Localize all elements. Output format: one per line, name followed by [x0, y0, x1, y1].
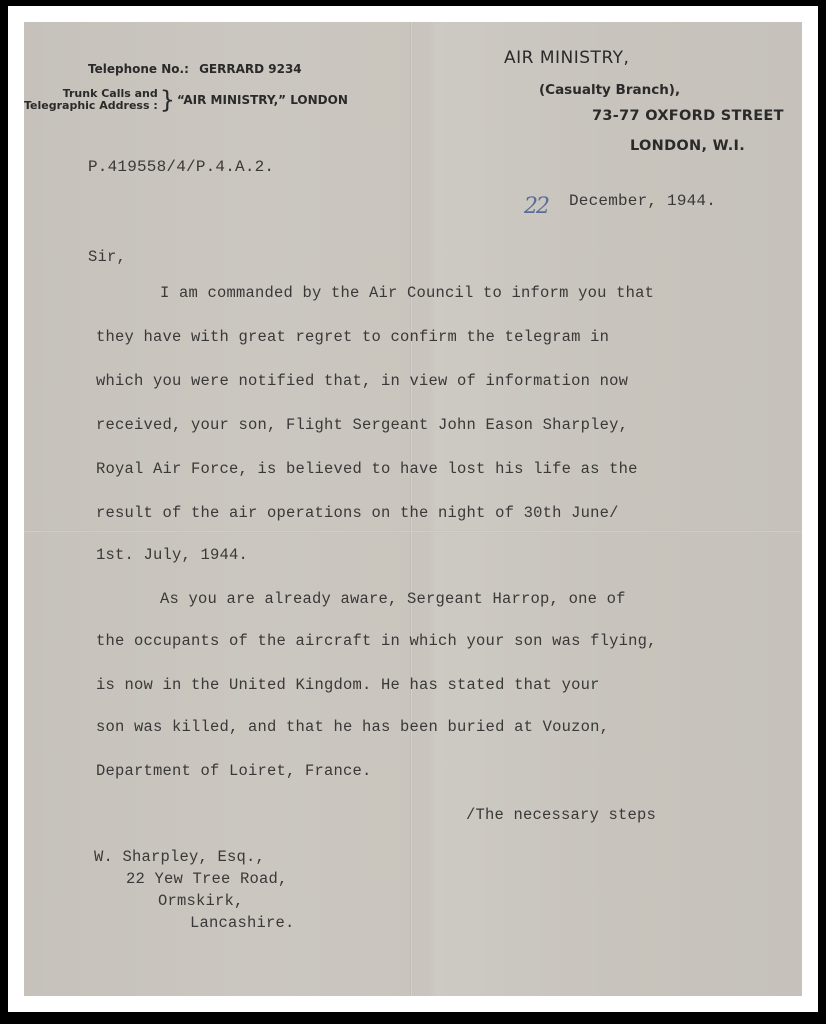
body-line: son was killed, and that he has been bur…	[96, 718, 609, 736]
brace-glyph: }	[160, 88, 175, 112]
organization-branch: (Casualty Branch),	[539, 82, 680, 98]
body-line: they have with great regret to confirm t…	[96, 328, 609, 346]
body-line: received, your son, Flight Sergeant John…	[96, 416, 628, 434]
body-line: result of the air operations on the nigh…	[96, 504, 619, 522]
body-line: the occupants of the aircraft in which y…	[96, 632, 657, 650]
continuation-note: /The necessary steps	[466, 806, 656, 824]
body-line: I am commanded by the Air Council to inf…	[160, 284, 654, 302]
date-day-handwritten: 22	[524, 194, 548, 219]
telephone-line: Telephone No.: GERRARD 9234	[88, 62, 302, 76]
trunk-labels: Trunk Calls and Telegraphic Address :	[24, 88, 158, 112]
recipient-county: Lancashire.	[190, 914, 295, 932]
body-line: is now in the United Kingdom. He has sta…	[96, 676, 600, 694]
body-line: As you are already aware, Sergeant Harro…	[160, 590, 626, 608]
telegraphic-address-value: “AIR MINISTRY,” LONDON	[177, 93, 348, 107]
recipient-street: 22 Yew Tree Road,	[126, 870, 288, 888]
letter-paper: Telephone No.: GERRARD 9234 Trunk Calls …	[24, 22, 802, 996]
body-line: 1st. July, 1944.	[96, 546, 248, 564]
trunk-label-line2: Telegraphic Address :	[24, 100, 158, 112]
body-line: Department of Loiret, France.	[96, 762, 372, 780]
telegraphic-address: Trunk Calls and Telegraphic Address : } …	[24, 88, 348, 112]
body-line: Royal Air Force, is believed to have los…	[96, 460, 638, 478]
telephone-number: GERRARD 9234	[199, 62, 302, 76]
horizontal-fold-line	[24, 530, 802, 533]
recipient-name: W. Sharpley, Esq.,	[94, 848, 265, 866]
date-typed: December, 1944.	[569, 192, 716, 210]
organization-name: AIR MINISTRY,	[504, 48, 629, 68]
organization-street: 73-77 OXFORD STREET	[592, 108, 784, 124]
salutation: Sir,	[88, 248, 126, 266]
body-line: which you were notified that, in view of…	[96, 372, 628, 390]
telephone-label: Telephone No.:	[88, 62, 189, 76]
recipient-town: Ormskirk,	[158, 892, 244, 910]
organization-city: LONDON, W.I.	[630, 138, 745, 154]
reference-number: P.419558/4/P.4.A.2.	[88, 158, 274, 176]
